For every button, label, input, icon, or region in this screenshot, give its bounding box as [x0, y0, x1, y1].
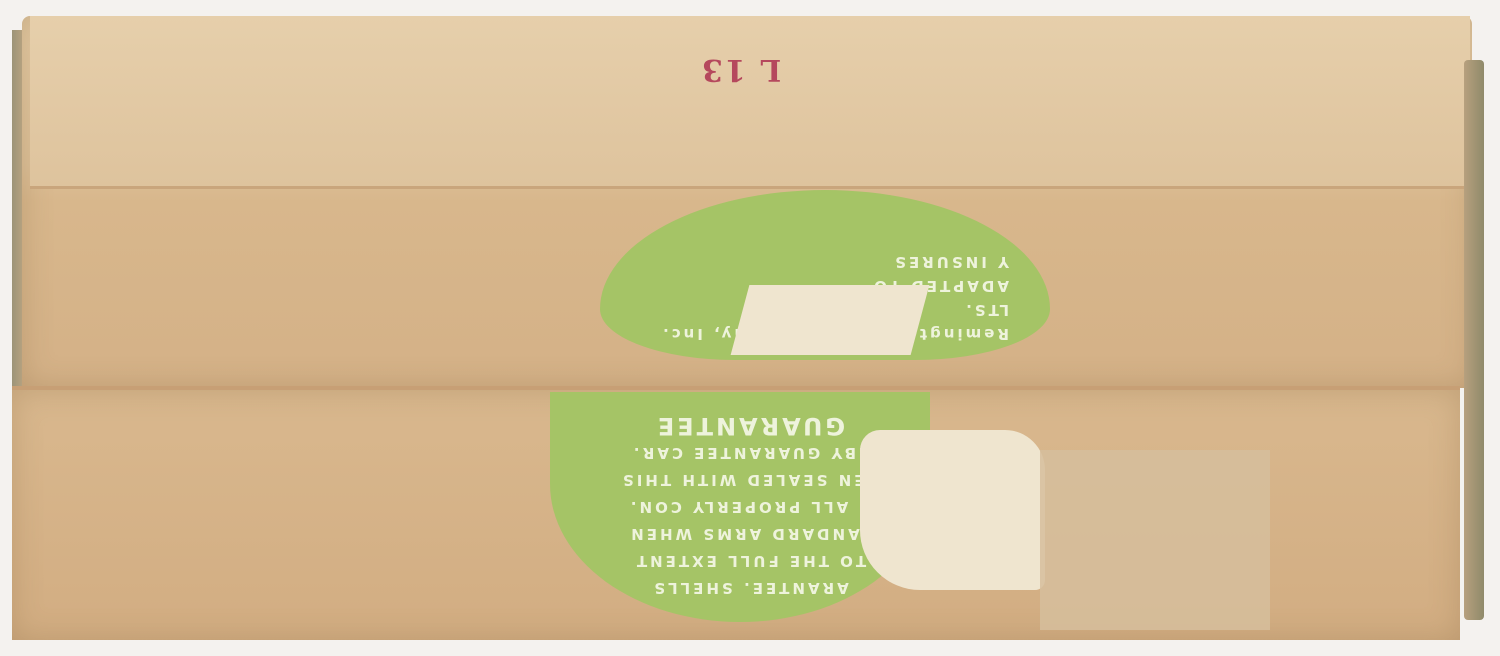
torn-paper: [860, 430, 1045, 590]
seal-heading: GUARANTEE: [590, 412, 910, 439]
seal-line: Y INSURES: [660, 250, 1009, 274]
ink-stamp: L 13: [700, 52, 781, 87]
label-residue: [1040, 450, 1270, 630]
seal-line: TO THE FULL EXTENT: [590, 547, 910, 574]
box-right-edge: [1464, 60, 1484, 620]
box-lid-top: [30, 16, 1470, 189]
torn-paper: [731, 285, 930, 355]
box-photo: L 13 Remington Arms Company, Inc. LTS. A…: [0, 0, 1500, 656]
seal-line: ARANTEE. SHELLS: [590, 574, 910, 601]
